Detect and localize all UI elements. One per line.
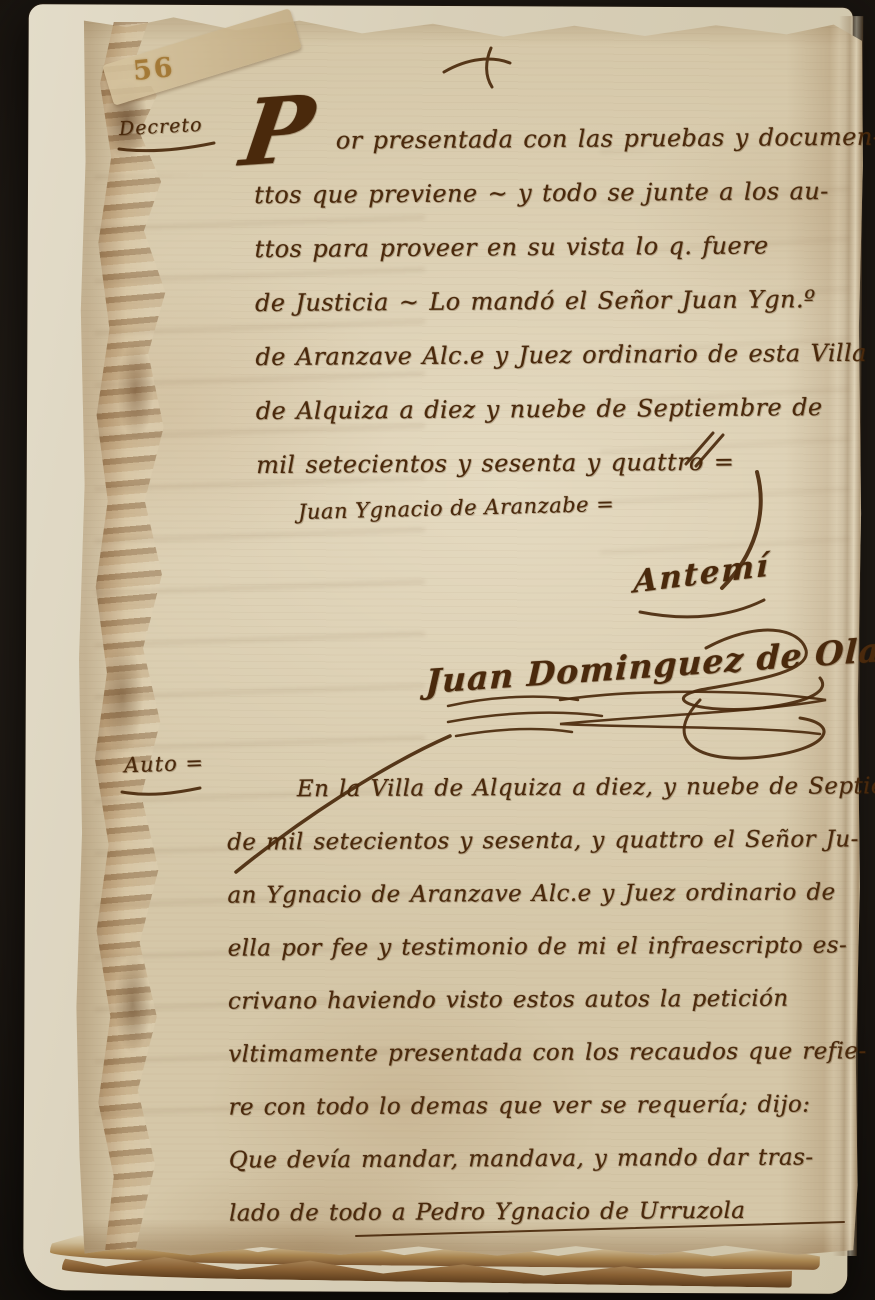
margin-note-auto: Auto =	[124, 751, 205, 778]
manuscript-line: ttos que previene ~ y todo se junte a lo…	[254, 164, 860, 222]
decree-paragraph: or presentada con las pruebas y documen-…	[254, 110, 863, 492]
manuscript-photo: 56 Decreto P or presentada con las prueb…	[0, 0, 875, 1300]
manuscript-line: or presentada con las pruebas y documen-	[254, 110, 860, 168]
manuscript-line: ella por fee y testimonio de mi el infra…	[228, 919, 856, 975]
manuscript-line: crivano haviendo visto estos autos la pe…	[228, 972, 856, 1028]
manuscript-line: En la Villa de Alquiza a diez, y nuebe d…	[227, 760, 855, 816]
manuscript-line: mil setecientos y sesenta y quattro =	[256, 434, 862, 492]
manuscript-line: de Aranzave Alc.e y Juez ordinario de es…	[255, 326, 861, 384]
manuscript-line: de Alquiza a diez y nuebe de Septiembre …	[256, 380, 862, 438]
manuscript-line: de Justicia ~ Lo mandó el Señor Juan Ygn…	[255, 272, 861, 330]
manuscript-line: de mil setecientos y sesenta, y quattro …	[227, 813, 855, 869]
manuscript-line: lado de todo a Pedro Ygnacio de Urruzola	[229, 1184, 857, 1240]
manuscript-line: ttos para proveer en su vista lo q. fuer…	[254, 218, 860, 276]
auto-paragraph: En la Villa de Alquiza a diez, y nuebe d…	[227, 760, 857, 1240]
folio-number: 56	[131, 52, 176, 87]
manuscript-line: re con todo lo demas que ver se requería…	[228, 1078, 856, 1134]
manuscript-line: an Ygnacio de Aranzave Alc.e y Juez ordi…	[227, 866, 855, 922]
manuscript-line: vltimamente presentada con los recaudos …	[228, 1025, 856, 1081]
margin-note-decreto: Decreto	[118, 114, 203, 140]
manuscript-line: Que devía mandar, mandava, y mando dar t…	[229, 1131, 857, 1187]
